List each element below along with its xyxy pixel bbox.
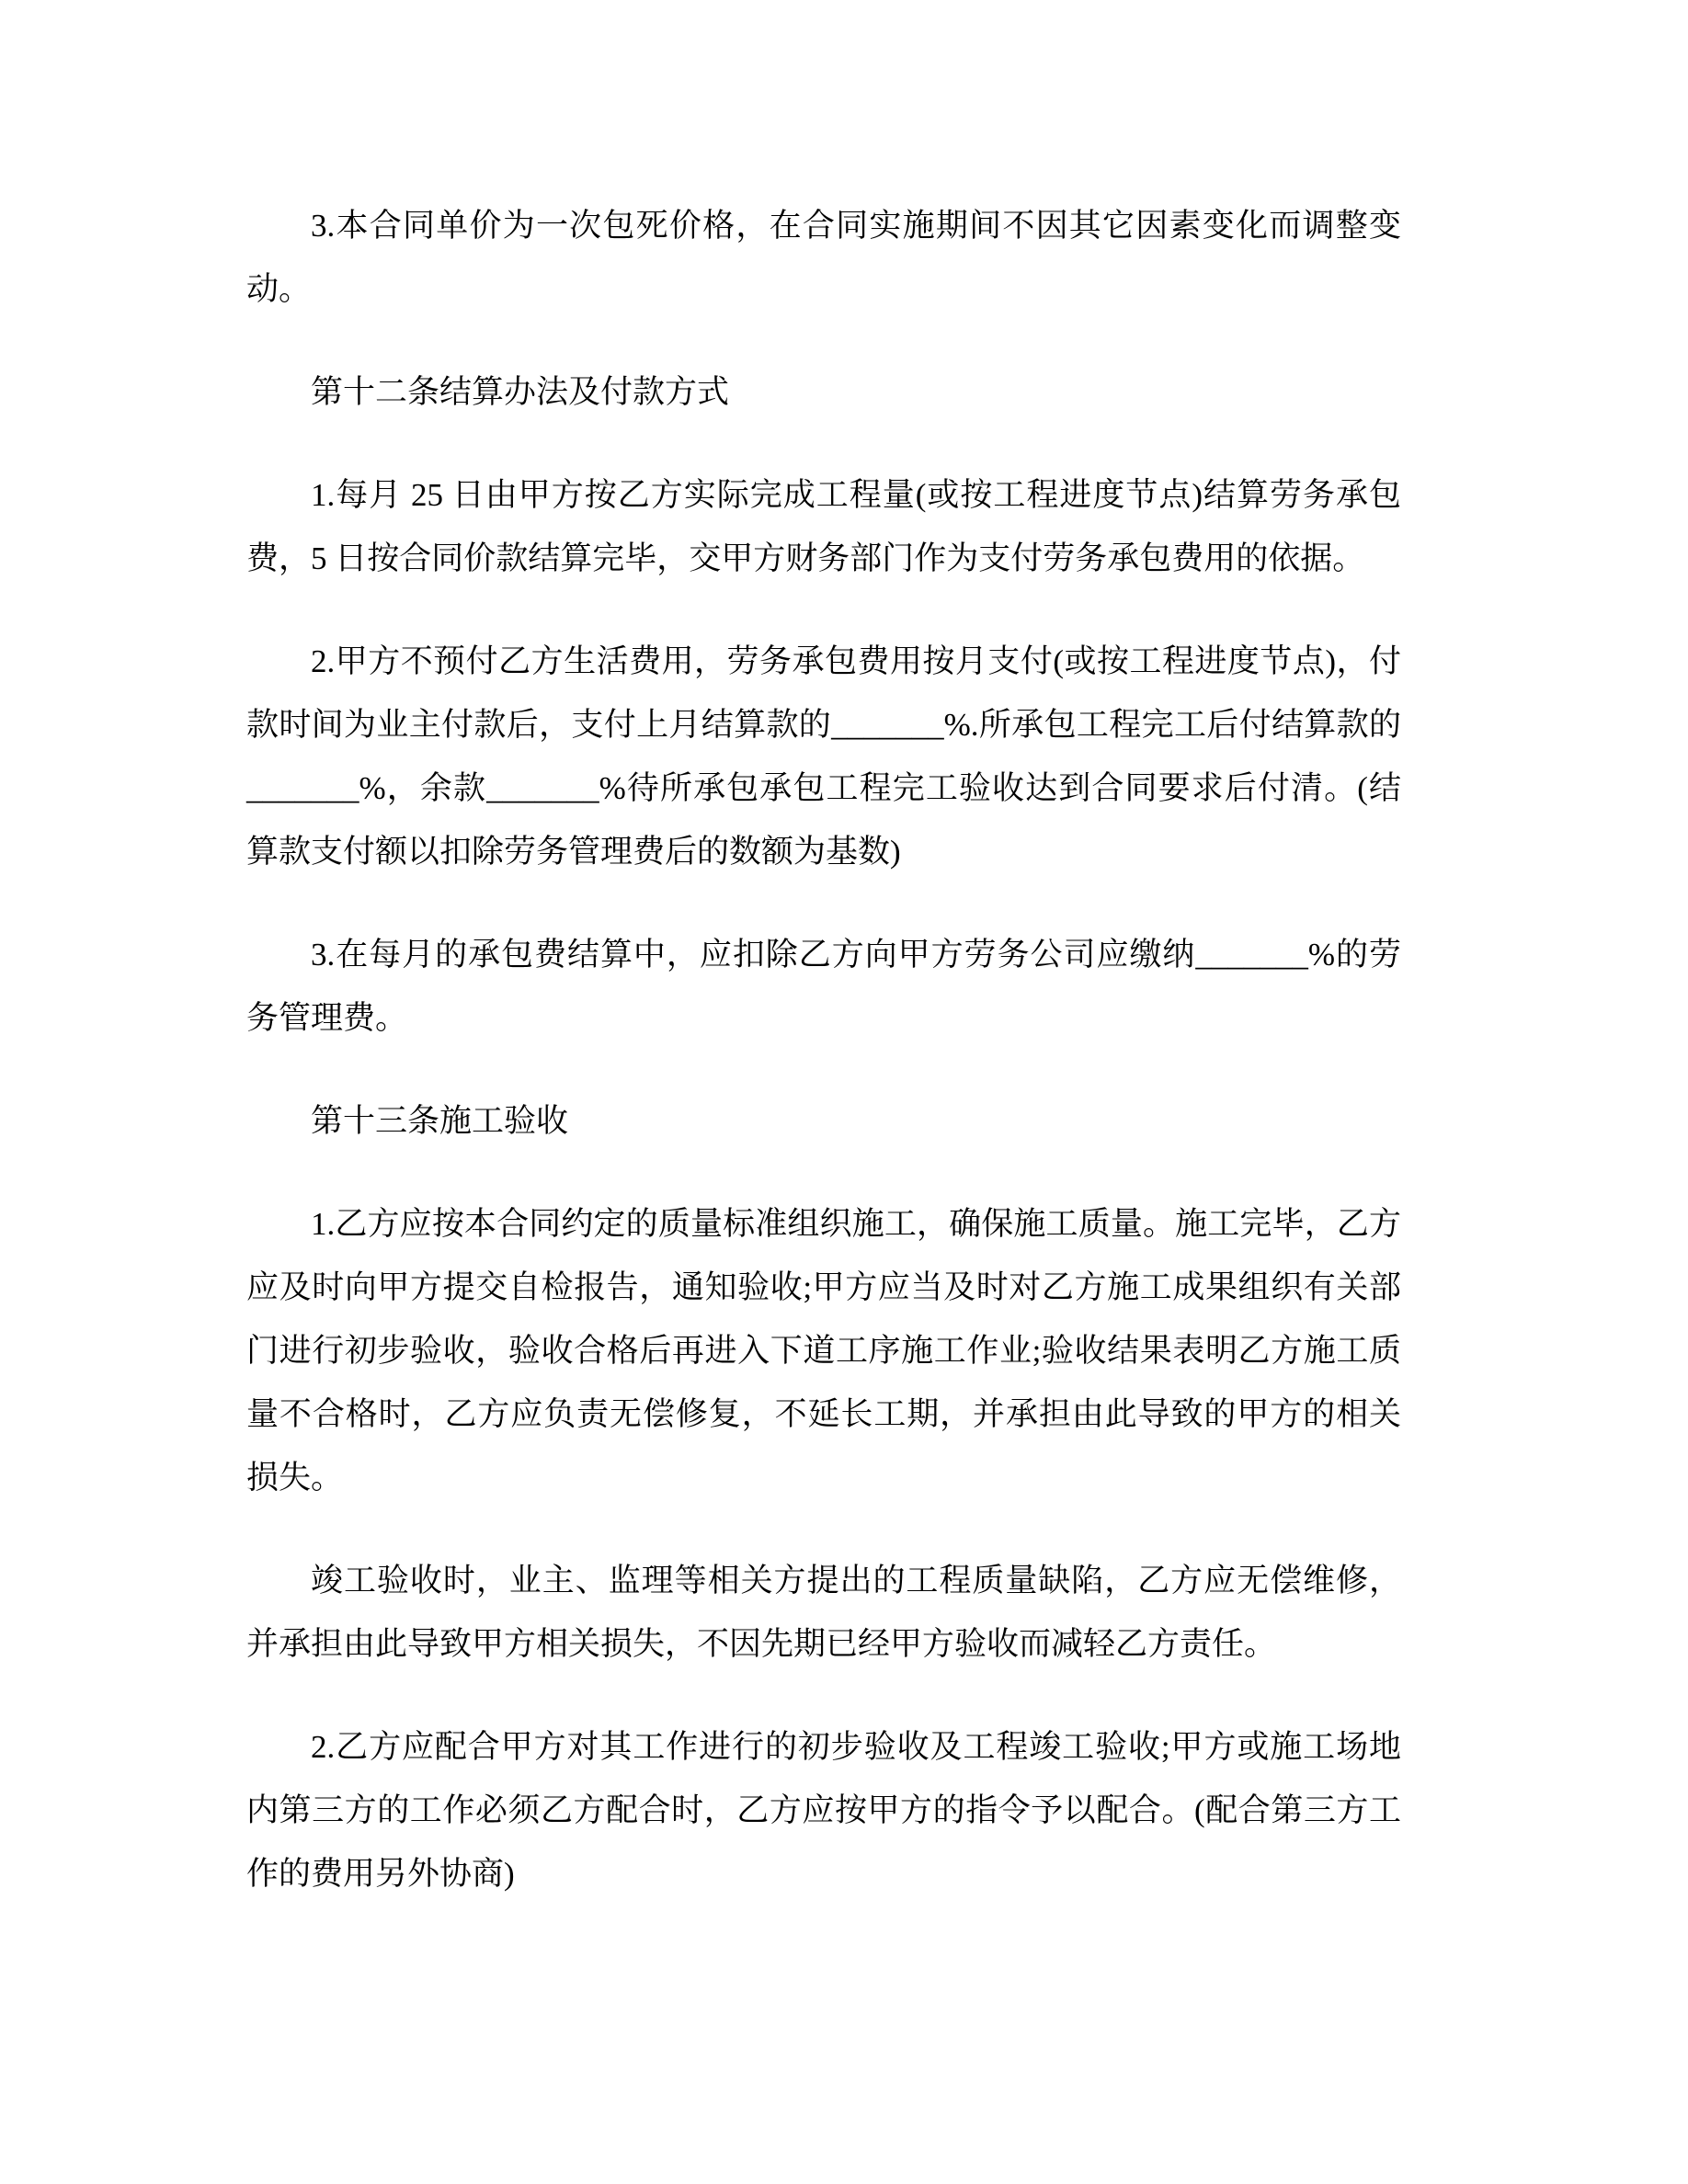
contract-body: 3.本合同单价为一次包死价格，在合同实施期间不因其它因素变化而调整变动。第十二条… — [246, 194, 1401, 1905]
body-paragraph: 1.乙方应按本合同约定的质量标准组织施工，确保施工质量。施工完毕，乙方应及时向甲… — [246, 1192, 1401, 1509]
body-paragraph: 3.本合同单价为一次包死价格，在合同实施期间不因其它因素变化而调整变动。 — [246, 194, 1401, 321]
body-paragraph: 2.甲方不预付乙方生活费用，劳务承包费用按月支付(或按工程进度节点)，付款时间为… — [246, 630, 1401, 883]
body-paragraph: 竣工验收时，业主、监理等相关方提出的工程质量缺陷，乙方应无偿维修，并承担由此导致… — [246, 1549, 1401, 1676]
body-paragraph: 1.每月 25 日由甲方按乙方实际完成工程量(或按工程进度节点)结算劳务承包费，… — [246, 463, 1401, 590]
body-paragraph: 3.在每月的承包费结算中，应扣除乙方向甲方劳务公司应缴纳_______%的劳务管… — [246, 923, 1401, 1050]
section-heading: 第十三条施工验收 — [246, 1089, 1401, 1153]
contract-document-page: 3.本合同单价为一次包死价格，在合同实施期间不因其它因素变化而调整变动。第十二条… — [0, 0, 1688, 2184]
body-paragraph: 2.乙方应配合甲方对其工作进行的初步验收及工程竣工验收;甲方或施工场地内第三方的… — [246, 1715, 1401, 1905]
section-heading: 第十二条结算办法及付款方式 — [246, 360, 1401, 424]
